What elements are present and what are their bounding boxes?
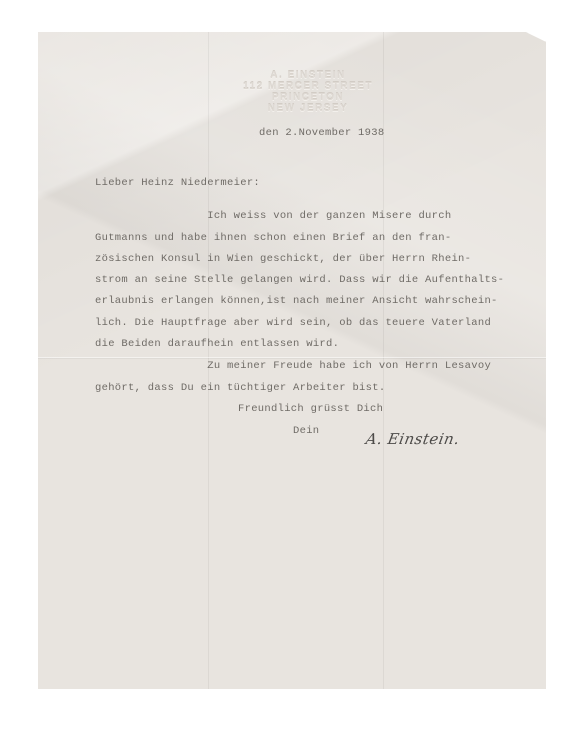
- handwritten-signature: A. Einstein.: [364, 430, 461, 448]
- closing-dein: Dein: [293, 425, 319, 437]
- body-line: zösischen Konsul in Wien geschickt, der …: [95, 253, 471, 265]
- embossed-letterhead: A. EINSTEIN 112 MERCER STREET PRINCETON …: [228, 70, 388, 114]
- letterhead-line: 112 MERCER STREET: [228, 81, 388, 92]
- body-line: Ich weiss von der ganzen Misere durch: [95, 210, 451, 222]
- letter-date: den 2.November 1938: [259, 127, 384, 139]
- body-line: erlaubnis erlangen können,ist nach meine…: [95, 295, 498, 307]
- body-line: strom an seine Stelle gelangen wird. Das…: [95, 274, 504, 286]
- letterhead-line: PRINCETON: [228, 92, 388, 103]
- fold-line-horizontal: [38, 357, 546, 358]
- body-line: Gutmanns und habe ihnen schon einen Brie…: [95, 232, 451, 244]
- body-line: die Beiden daraufhein entlassen wird.: [95, 338, 339, 350]
- salutation: Lieber Heinz Niedermeier:: [95, 177, 260, 189]
- letterhead-line: A. EINSTEIN: [228, 70, 388, 81]
- body-line: lich. Die Hauptfrage aber wird sein, ob …: [95, 317, 491, 329]
- letter-paper: A. EINSTEIN 112 MERCER STREET PRINCETON …: [38, 32, 546, 689]
- closing: Freundlich grüsst Dich: [238, 403, 383, 415]
- body-line: Zu meiner Freude habe ich von Herrn Lesa…: [95, 360, 491, 372]
- body-line: gehört, dass Du ein tüchtiger Arbeiter b…: [95, 382, 385, 394]
- letterhead-line: NEW JERSEY: [228, 103, 388, 114]
